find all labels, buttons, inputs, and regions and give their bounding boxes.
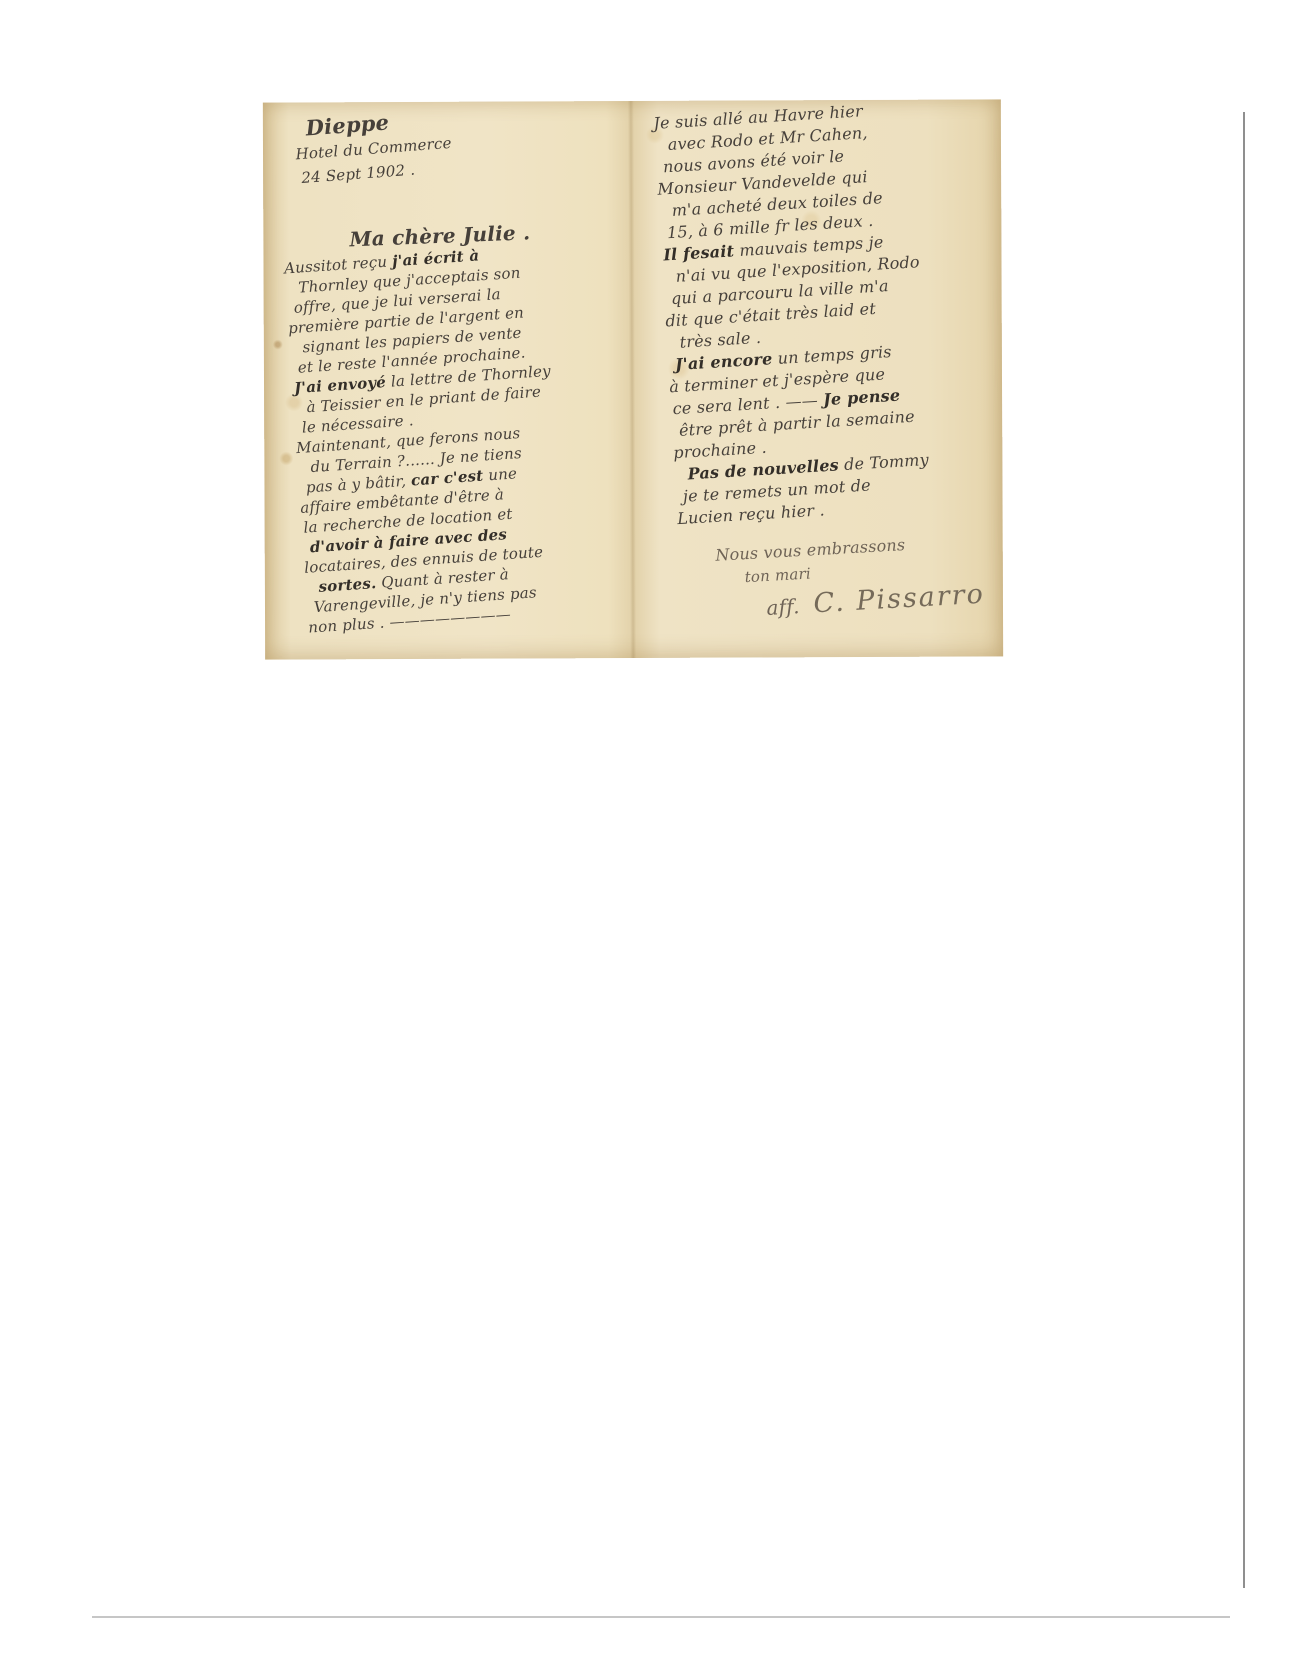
letter-page-left: Dieppe Hotel du Commerce 24 Sept 1902 . … bbox=[263, 101, 627, 660]
signature-prefix: aff. bbox=[765, 594, 799, 620]
letter-page-right: Je suis allé au Havre hieravec Rodo et M… bbox=[624, 99, 1003, 658]
letter-body-right: Je suis allé au Havre hieravec Rodo et M… bbox=[652, 97, 934, 530]
footer-horizontal-rule bbox=[92, 1616, 1230, 1618]
letter-heading: Dieppe Hotel du Commerce 24 Sept 1902 . bbox=[293, 105, 454, 190]
page-edge-vertical-rule bbox=[1243, 112, 1245, 1588]
letter-body-left: Aussitot reçu j'ai écrit àThornley que j… bbox=[283, 241, 567, 638]
signature: C. Pissarro bbox=[812, 579, 985, 620]
letter-paper: Dieppe Hotel du Commerce 24 Sept 1902 . … bbox=[263, 99, 1003, 659]
scan-background: Dieppe Hotel du Commerce 24 Sept 1902 . … bbox=[0, 0, 1301, 1672]
letter-closing: Nous vous embrassons ton mari aff.C. Pis… bbox=[624, 528, 1004, 630]
